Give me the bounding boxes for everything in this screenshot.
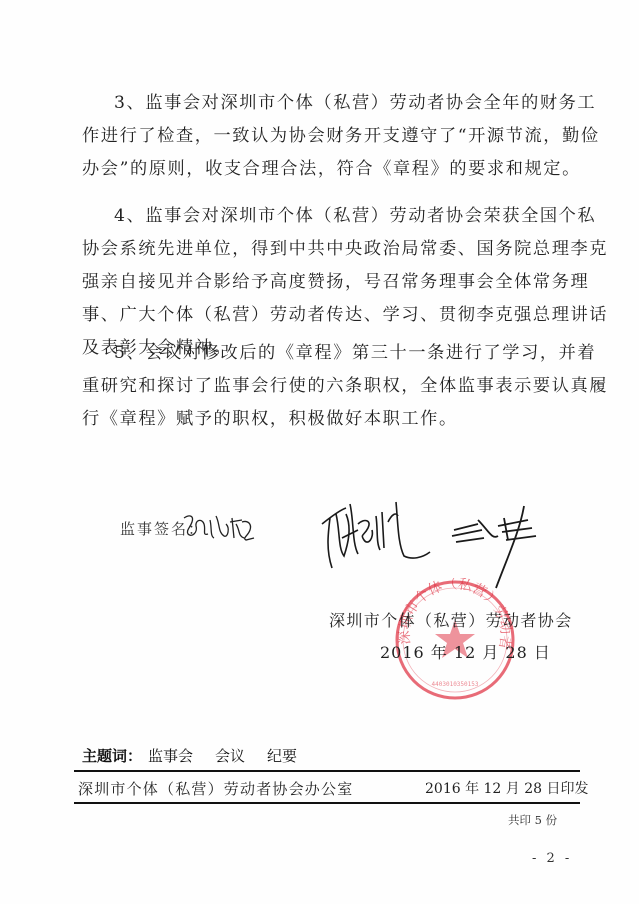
divider-top [74,770,580,772]
signature-3 [448,500,548,590]
keyword: 会议 [215,747,245,765]
paragraph-5: 5、会议对修改后的《章程》第三十一条进行了学习，并着 重研究和探讨了监事会行使的… [82,337,572,436]
page-number: - 2 - [532,851,572,866]
paragraph-line: 协会系统先进单位，得到中共中央政治局常委、国务院总理李克 [82,233,572,266]
document-page: 3、监事会对深圳市个体（私营）劳动者协会全年的财务工 作进行了检查，一致认为协会… [0,0,639,904]
keywords-row: 主题词：监事会会议纪要 [82,745,297,766]
divider-bottom [74,802,580,804]
paragraph-line: 4、监事会对深圳市个体（私营）劳动者协会荣获全国个私 [82,200,572,233]
paragraph-3: 3、监事会对深圳市个体（私营）劳动者协会全年的财务工 作进行了检查，一致认为协会… [82,87,572,186]
paragraph-line: 事、广大个体（私营）劳动者传达、学习、贯彻李克强总理讲话 [82,299,572,332]
svg-text:4403010350153: 4403010350153 [432,681,479,688]
paragraph-line: 强亲自接见并合影给予高度赞扬，号召常务理事会全体常务理 [82,266,572,299]
paragraph-line: 重研究和探讨了监事会行使的六条职权，全体监事表示要认真履 [82,370,572,403]
signature-2 [318,494,448,576]
paragraph-line: 作进行了检查，一致认为协会财务开支遵守了“开源节流，勤俭 [82,120,572,153]
paragraph-line: 5、会议对修改后的《章程》第三十一条进行了学习，并着 [82,337,572,370]
keyword: 纪要 [267,747,297,765]
paragraph-line: 3、监事会对深圳市个体（私营）劳动者协会全年的财务工 [82,87,572,120]
paragraph-line: 办会”的原则，收支合理合法，符合《章程》的要求和规定。 [82,153,572,186]
paragraph-line: 行《章程》赋予的职权，积极做好本职工作。 [82,403,572,436]
print-date: 2016 年 12 月 28 日印发 [425,778,589,798]
copies-count: 共印 5 份 [508,812,557,828]
issuer-organization: 深圳市个体（私营）劳动者协会 [329,608,573,631]
keywords-label: 主题词： [82,747,142,765]
signature-1 [180,508,258,544]
keyword: 监事会 [148,747,193,765]
issuing-office: 深圳市个体（私营）劳动者协会办公室 [78,778,353,799]
issue-date: 2016 年 12 月 28 日 [380,640,551,663]
